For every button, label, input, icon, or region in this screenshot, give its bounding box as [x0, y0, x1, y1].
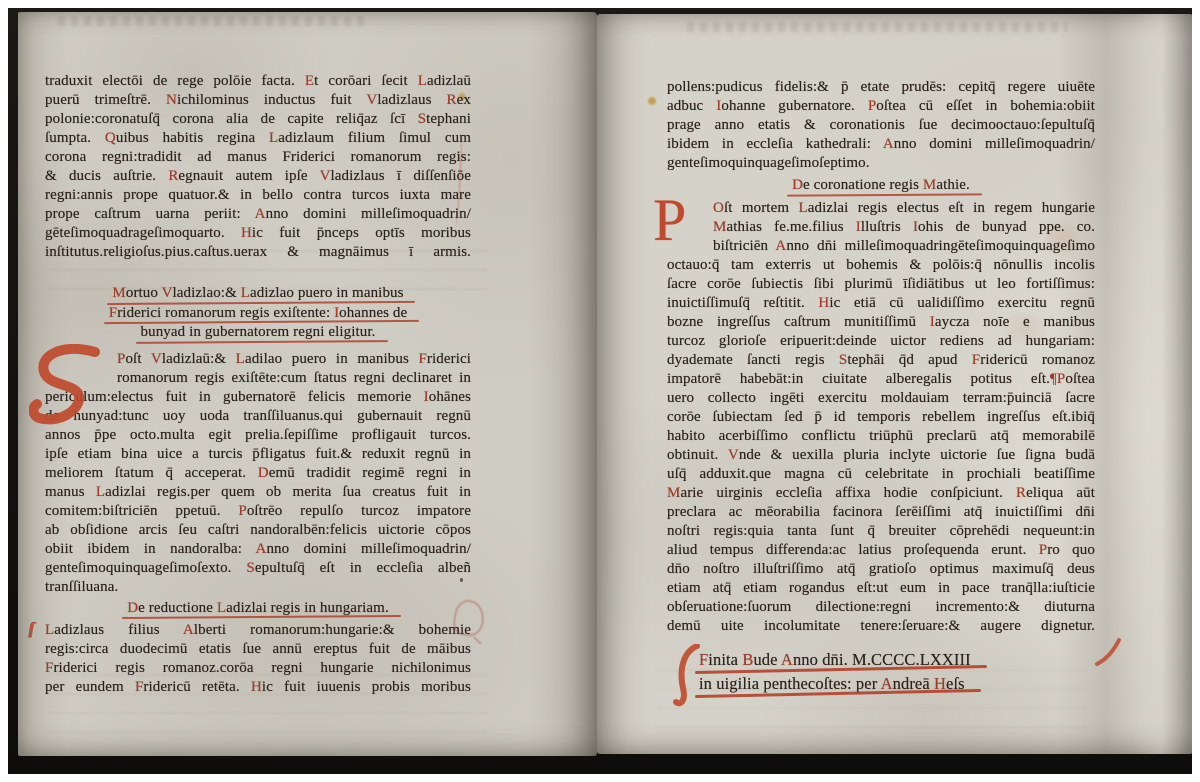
text-line: bozne ingreſſus caſtrum munitiſſimū Iayc…	[667, 313, 1095, 332]
text-line: obſeruatione:ſuorum dilectione:regni inc…	[667, 598, 1095, 617]
text-line: gēteſimoquadrageſimoquarto. Hic fuit p̄n…	[45, 224, 471, 243]
text-line: tranſſiluana.	[45, 578, 471, 597]
text-line: periculum:electus fuit in gubernatorē fe…	[45, 388, 471, 407]
text-line: prope caſtrum uarna periit: Anno domini …	[45, 205, 471, 224]
text-line: obtinuit. Vnde & uexilla pluria inclyte …	[667, 446, 1095, 465]
right-page: pollens:pudicus fidelis:& p̄ etate prudē…	[597, 14, 1192, 754]
text-line: demū uite incolumitate tenere:ſeruare:& …	[667, 617, 1095, 636]
paragraph: Poſt Vladizlaū:& Ladilao puero in manibu…	[45, 350, 471, 597]
text-line: meliorem ſtatum q̄ acceperat. Demū tradi…	[45, 464, 471, 483]
left-page: traduxit electōi de rege polōie facta. E…	[18, 12, 597, 756]
text-line: turcoz glorioſe eripuerit:deinde uictor …	[667, 332, 1095, 351]
text-line: Oſt mortem Ladizlai regis electus eſt in…	[667, 199, 1095, 218]
text-line: aliud tempus differenda:ac latius proſeq…	[667, 541, 1095, 560]
text-line: annos p̄pe octo.multa egit prelia.ſepiſſ…	[45, 426, 471, 445]
paragraph-lines: Ladizlaus filius Alberti romanorum:hunga…	[45, 621, 471, 697]
text-line: ſumpta. Quibus habitis regina Ladizlaum …	[45, 129, 471, 148]
chapter-heading: De reductione Ladizlai regis in hungaria…	[45, 599, 471, 619]
text-line: corona regni:tradidit ad manus Friderici…	[45, 148, 471, 167]
text-line: inſtitutus.religioſus.pius.caſtus.uerax …	[45, 243, 471, 262]
text-line: habito acerbiſſimo conflictu triūphū pre…	[667, 427, 1095, 446]
show-through-top	[687, 22, 1067, 32]
text-line: ſacre corōe ſubiectis ſibi plurimū īſidi…	[667, 275, 1095, 294]
text-line: ibidem in eccleſia kathedrali: Anno domi…	[667, 135, 1095, 154]
text-line: prage anno etatis & coronationis ſue dec…	[667, 116, 1095, 135]
text-line: ipſe etiam bina uice a turcis p̄fligatus…	[45, 445, 471, 464]
text-line: regis:circa duodecimū etatis ſue annū er…	[45, 640, 471, 659]
text-line: dn̄o noſtro illuſtriſſimo atq̄ gratioſo …	[667, 560, 1095, 579]
chapter-heading: Mortuo Vladizlao:& Ladizlao puero in man…	[45, 284, 471, 343]
drop-cap-initial: P	[653, 191, 686, 249]
colophon-lines: Finita Bude Anno dn̄i. M.CCCC.LXXIIIin u…	[699, 648, 1099, 696]
show-through-top	[58, 16, 368, 26]
pilcrow-mark: ſſ	[28, 619, 31, 638]
text-line: Friderici romanorum regis exiſtente: Ioh…	[109, 304, 407, 324]
text-line: uſq̄ adduxit.que magna cū celebritate in…	[667, 465, 1095, 484]
right-text-column: pollens:pudicus fidelis:& p̄ etate prudē…	[667, 78, 1095, 696]
text-line: De reductione Ladizlai regis in hungaria…	[127, 599, 389, 619]
text-line: corōe ſubiectam ſed p̄ id temporis rebel…	[667, 408, 1095, 427]
text-line: impatorē habebāt:in ciuitate alberegalis…	[667, 370, 1095, 389]
text-line: octauo:q̄ tam exterris ut bohemis & polō…	[667, 256, 1095, 275]
initial-spacer: P	[667, 199, 713, 238]
stain-fleck	[647, 96, 657, 106]
text-line: adbuc Iohanne gubernatore. Poſtea cū eſſ…	[667, 97, 1095, 116]
text-line: De coronatione regis Mathie.	[792, 176, 970, 196]
text-line: regni:annis prope quatuor.& in bello con…	[45, 186, 471, 205]
paragraph: ſſ Ladizlaus filius Alberti romanorum:hu…	[45, 621, 471, 697]
text-line: bunyad in gubernatorem regni eligitur.	[141, 323, 376, 343]
text-line: obiit ibidem in nandoralba: Anno domini …	[45, 540, 471, 559]
text-line: Mathias fe.me.filius Illuſtris Iohis de …	[667, 218, 1095, 237]
text-line: genteſimoquinquageſimoſexto. Sepultuſq̄ …	[45, 559, 471, 578]
photo-backdrop: traduxit electōi de rege polōie facta. E…	[8, 8, 1192, 774]
text-line: Finita Bude Anno dn̄i. M.CCCC.LXXIII	[699, 648, 971, 672]
text-line: Ladizlaus filius Alberti romanorum:hunga…	[45, 621, 471, 640]
text-line: dyademate ſancti regis Stephāi q̄d apud …	[667, 351, 1095, 370]
text-line: & ducis auſtrie. Regnauit autem ipſe Vla…	[45, 167, 471, 186]
text-line: biſtriciēn Anno dn̄i milleſimoquadringēt…	[667, 237, 1095, 256]
paragraph: P Oſt mortem Ladizlai regis electus eſt …	[667, 199, 1095, 636]
paragraph: traduxit electōi de rege polōie facta. E…	[45, 72, 471, 262]
colophon-tail-flourish	[1095, 638, 1123, 668]
text-line: genteſimoquinquageſimoſeptimo.	[667, 154, 1095, 173]
text-line: noſtri regis:quia tanta ſunt q̄ breuiter…	[667, 522, 1095, 541]
text-line: manus Ladizlai regis.per quem ob merita …	[45, 483, 471, 502]
text-line: Mortuo Vladizlao:& Ladizlao puero in man…	[112, 284, 403, 304]
initial-spacer	[45, 350, 117, 388]
text-line: per eundem Fridericū retēta. Hic fuit iu…	[45, 678, 471, 697]
text-line: comitem:biſtriciēn ppetuū. Poſtrēo repul…	[45, 502, 471, 521]
text-line: ab obſidione arcis ſeu caſtri nandoralbē…	[45, 521, 471, 540]
text-line: Marie uirginis eccleſia affixa hodie con…	[667, 484, 1095, 503]
text-line: etiam atq̄ etiam rogandus eſt:ut eum in …	[667, 579, 1095, 598]
text-line: traduxit electōi de rege polōie facta. E…	[45, 72, 471, 91]
paragraph-lines: Oſt mortem Ladizlai regis electus eſt in…	[667, 199, 1095, 636]
text-line: preclara ac mēorabilia facinora ſerēiſſi…	[667, 503, 1095, 522]
text-line: in uigilia penthecoſtes: per Andreā Heſs	[699, 672, 965, 696]
chapter-heading: De coronatione regis Mathie.	[667, 176, 1095, 196]
text-line: uero collecto ingēti exercitu moldauiam …	[667, 389, 1095, 408]
text-line: polonie:coronatuſq̄ corona alia de capit…	[45, 110, 471, 129]
text-line: Friderici regis romanoz.corōa regni hung…	[45, 659, 471, 678]
text-line: de hunyad:tunc uoy uoda tranſſiluanus.qu…	[45, 407, 471, 426]
text-line: pollens:pudicus fidelis:& p̄ etate prudē…	[667, 78, 1095, 97]
text-line: puerū trimeſtrē. Nichilominus inductus f…	[45, 91, 471, 110]
left-text-column: traduxit electōi de rege polōie facta. E…	[45, 72, 471, 697]
text-line: inuictiſſimuſq̄ reſtitit. Hic etiā cū ua…	[667, 294, 1095, 313]
colophon: Finita Bude Anno dn̄i. M.CCCC.LXXIIIin u…	[699, 648, 1099, 696]
paragraph: pollens:pudicus fidelis:& p̄ etate prudē…	[667, 78, 1095, 173]
